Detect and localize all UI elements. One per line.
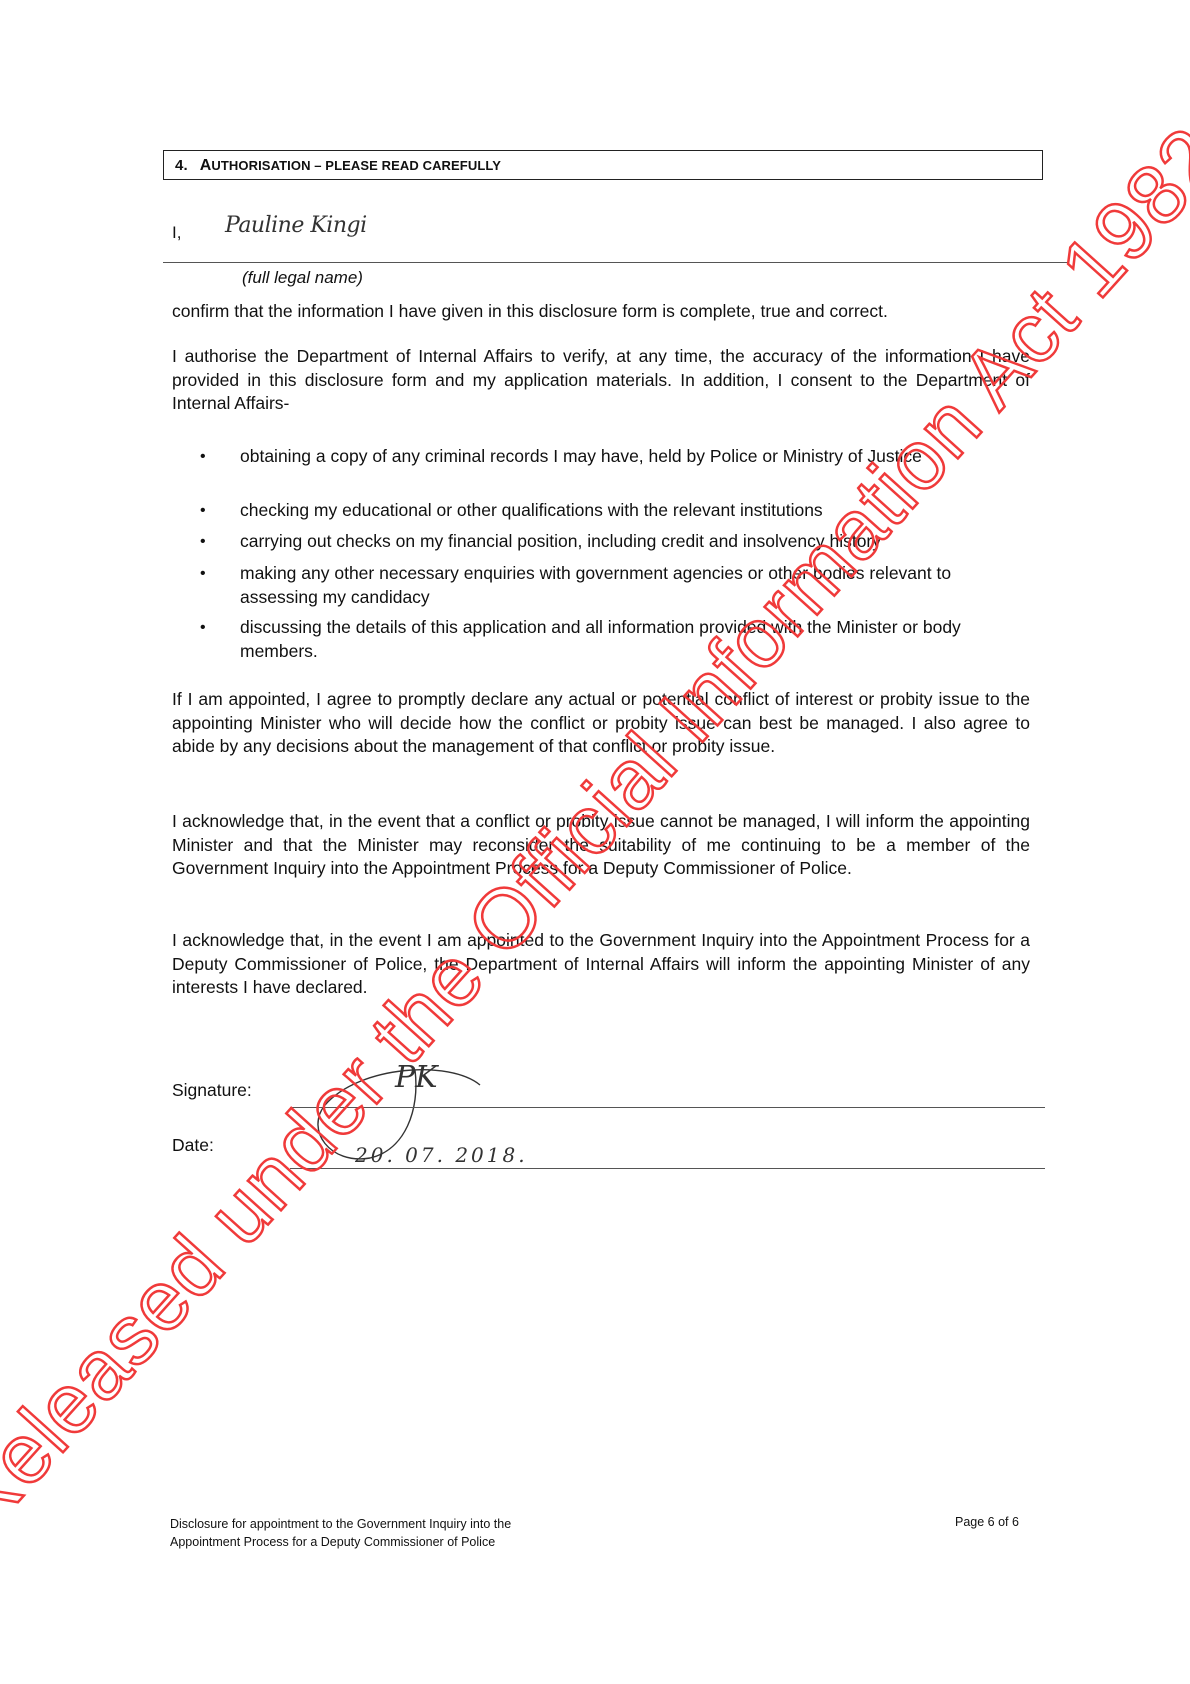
date-value: 20. 07. 2018. <box>355 1143 528 1167</box>
section-title-initial: A <box>200 157 212 174</box>
date-line <box>290 1168 1045 1169</box>
authorise-paragraph: I authorise the Department of Internal A… <box>172 345 1030 416</box>
bullet-icon: • <box>200 499 206 523</box>
confirm-statement: confirm that the information I have give… <box>172 300 1030 324</box>
page-number: Page 6 of 6 <box>955 1515 1019 1529</box>
name-field-line <box>163 262 1068 263</box>
declaration-prefix: I, <box>172 223 181 243</box>
date-label: Date: <box>172 1135 214 1156</box>
section-header: 4.AUTHORISATION – PLEASE READ CAREFULLY <box>163 150 1043 180</box>
section-number: 4. <box>175 157 188 174</box>
acknowledge-paragraph: I acknowledge that, in the event that a … <box>172 810 1030 881</box>
footer-title: Disclosure for appointment to the Govern… <box>170 1515 511 1551</box>
signature-label: Signature: <box>172 1080 252 1101</box>
bullet-icon: • <box>200 445 206 469</box>
bullet-icon: • <box>200 616 206 640</box>
appointment-paragraph: I acknowledge that, in the event I am ap… <box>172 929 1030 1000</box>
conflict-paragraph: If I am appointed, I agree to promptly d… <box>172 688 1030 759</box>
handwritten-name: Pauline Kingi <box>225 213 367 238</box>
signature-line <box>290 1107 1045 1108</box>
bullet-icon: • <box>200 562 206 586</box>
name-caption: (full legal name) <box>242 268 363 288</box>
section-title: UTHORISATION – PLEASE READ CAREFULLY <box>211 158 501 173</box>
bullet-icon: • <box>200 530 206 554</box>
